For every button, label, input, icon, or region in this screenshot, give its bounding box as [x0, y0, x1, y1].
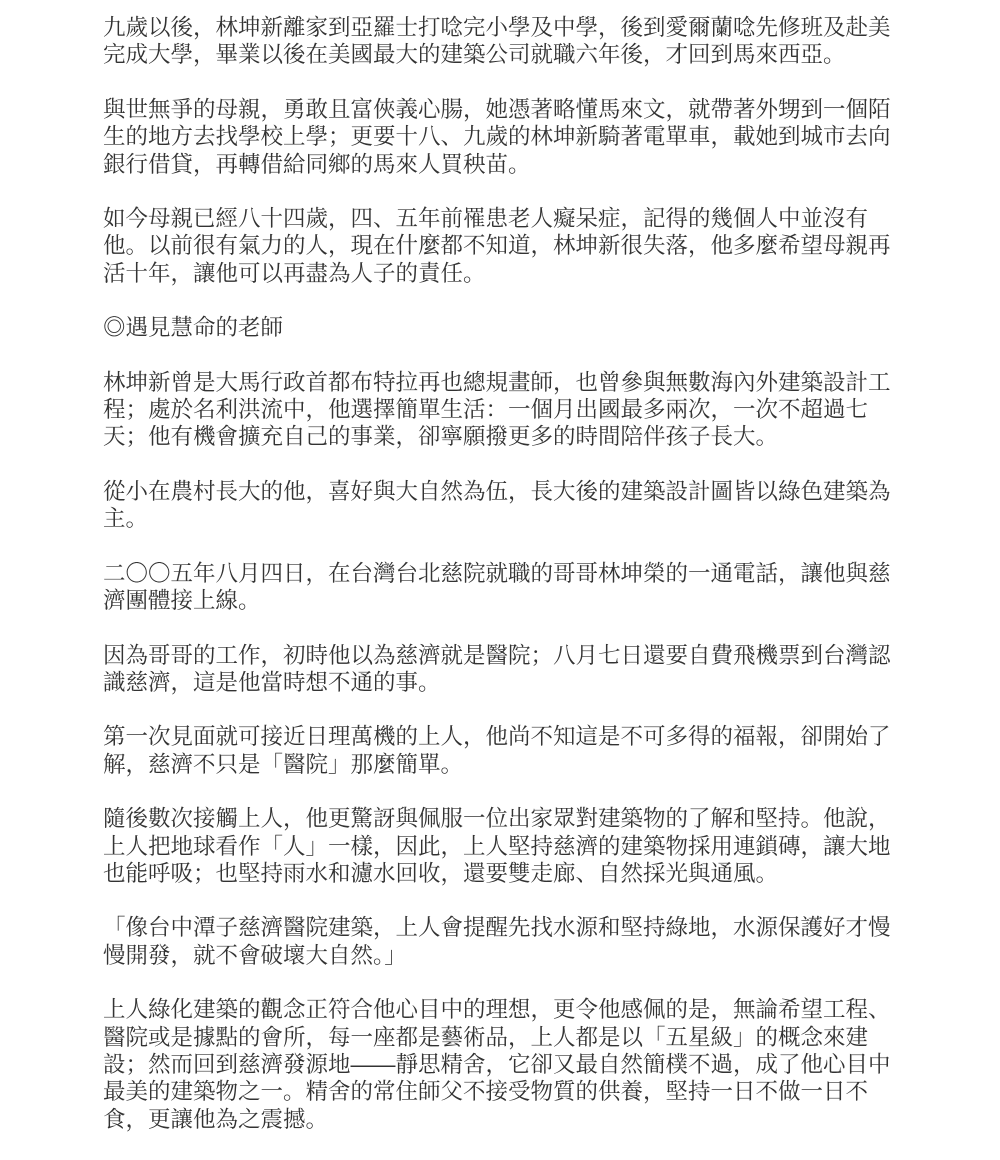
section-heading: ◎遇見慧命的老師 [103, 314, 906, 341]
article-body: 九歲以後，林坤新離家到亞羅士打唸完小學及中學，後到愛爾蘭唸先修班及赴美完成大學，… [103, 14, 906, 1160]
paragraph: 二〇〇五年八月四日，在台灣台北慈院就職的哥哥林坤榮的一通電話，讓他與慈濟團體接上… [103, 560, 906, 615]
paragraph: 林坤新曾是大馬行政首都布特拉再也總規畫師，也曾參與無數海內外建築設計工程；處於名… [103, 369, 906, 451]
paragraph: 從小在農村長大的他，喜好與大自然為伍，長大後的建築設計圖皆以綠色建築為主。 [103, 478, 906, 533]
paragraph: 九歲以後，林坤新離家到亞羅士打唸完小學及中學，後到愛爾蘭唸先修班及赴美完成大學，… [103, 14, 906, 69]
paragraph: 因為哥哥的工作，初時他以為慈濟就是醫院；八月七日還要自費飛機票到台灣認識慈濟，這… [103, 642, 906, 697]
paragraph: 上人綠化建築的觀念正符合他心目中的理想，更令他感佩的是，無論希望工程、醫院或是據… [103, 996, 906, 1133]
paragraph: 與世無爭的母親，勇敢且富俠義心腸，她憑著略懂馬來文，就帶著外甥到一個陌生的地方去… [103, 96, 906, 178]
paragraph: 「像台中潭子慈濟醫院建築，上人會提醒先找水源和堅持綠地，水源保護好才慢慢開發，就… [103, 914, 906, 969]
paragraph: 第一次見面就可接近日理萬機的上人，他尚不知這是不可多得的福報，卻開始了解，慈濟不… [103, 723, 906, 778]
paragraph: 如今母親已經八十四歲，四、五年前罹患老人癡呆症，記得的幾個人中並沒有他。以前很有… [103, 205, 906, 287]
paragraph: 隨後數次接觸上人，他更驚訝與佩服一位出家眾對建築物的了解和堅持。他說，上人把地球… [103, 805, 906, 887]
